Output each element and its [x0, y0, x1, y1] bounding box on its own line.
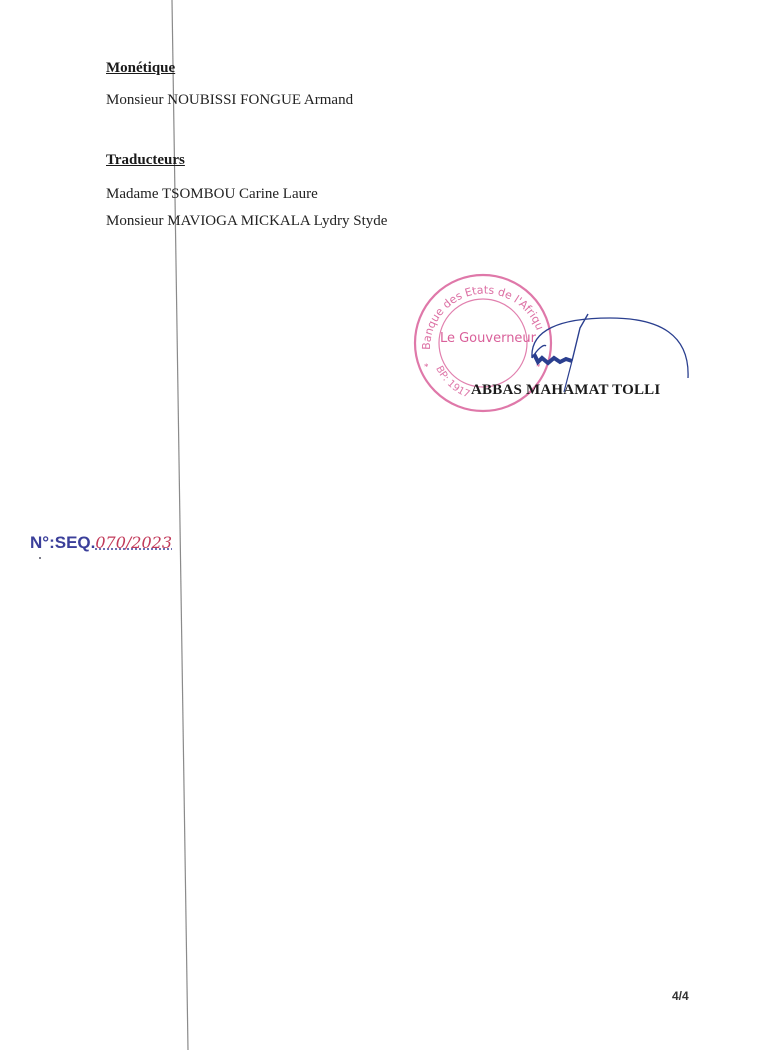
section-heading-monetique: Monétique: [106, 60, 175, 77]
translator-member: Madame TSOMBOU Carine Laure: [106, 186, 318, 203]
page-number: 4/4: [672, 989, 689, 1003]
document-page: Monétique Monsieur NOUBISSI FONGUE Arman…: [0, 0, 768, 1050]
svg-text:*: *: [424, 362, 429, 372]
section-heading-traducteurs: Traducteurs: [106, 152, 185, 169]
signatory-name: ABBAS MAHAMAT TOLLI: [471, 382, 660, 399]
translator-member: Monsieur MAVIOGA MICKALA Lydry Styde: [106, 213, 387, 230]
monetique-member: Monsieur NOUBISSI FONGUE Armand: [106, 92, 353, 109]
sequence-handwritten-value: 070/2023: [95, 533, 172, 552]
ink-dot: [39, 557, 41, 559]
sequence-number: N°:SEQ.070/2023: [30, 533, 172, 553]
sequence-prefix: N°:SEQ.: [30, 533, 95, 552]
